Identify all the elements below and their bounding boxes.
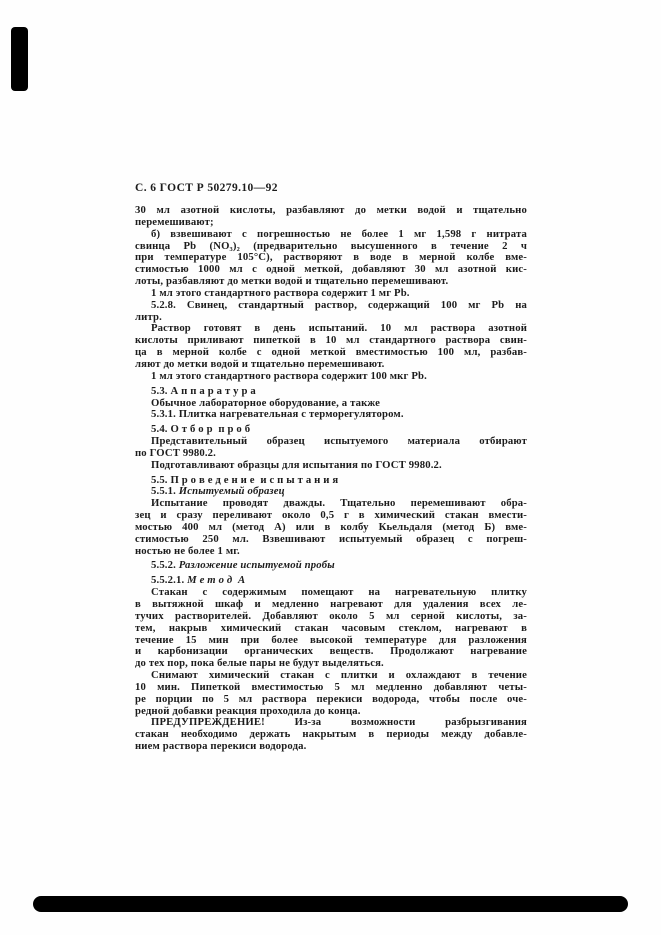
text-line: 5.3.1. Плитка нагревательная с терморегу… <box>135 409 527 421</box>
text-line: Раствор готовят в день испытаний. 10 мл … <box>135 323 527 335</box>
page-header: С. 6 ГОСТ Р 50279.10—92 <box>135 182 278 195</box>
text-line: 1 мл этого стандартного раствора содержи… <box>135 371 527 383</box>
text-line: и карбонизации органических веществ. Про… <box>135 646 527 658</box>
text-line: зец и сразу переливают около 0,5 г в хим… <box>135 510 527 522</box>
text-line: ца в мерной колбе с одной меткой вместим… <box>135 347 527 359</box>
text-line: 5.5.2. Разложение испытуемой пробы <box>135 560 527 572</box>
text-line: при температуре 105°С), растворяют в вод… <box>135 252 527 264</box>
text-line: 10 мин. Пипеткой вместимостью 5 мл медле… <box>135 682 527 694</box>
text-line: Испытание проводят дважды. Тщательно пер… <box>135 498 527 510</box>
section-title-italic: Разложение испытуемой пробы <box>179 560 335 571</box>
document-page: С. 6 ГОСТ Р 50279.10—92 30 мл азотной ки… <box>0 0 661 935</box>
scan-mark-bottom <box>33 896 628 912</box>
text-line: кислоты приливают пипеткой в 10 мл станд… <box>135 335 527 347</box>
text-line: Подготавливают образцы для испытания по … <box>135 460 527 472</box>
text-line: мостью 400 мл (метод А) или в колбу Кьел… <box>135 522 527 534</box>
text-line: 30 мл азотной кислоты, разбавляют до мет… <box>135 205 527 217</box>
text-line: лоты, разбавляют до метки водой и тщател… <box>135 276 527 288</box>
text-column: 30 мл азотной кислоты, разбавляют до мет… <box>135 205 527 753</box>
section-title-italic: М е т о д А <box>187 575 245 586</box>
section-number: 5.5.2. <box>151 560 179 571</box>
text-line: течение 15 мин при более высокой темпера… <box>135 635 527 647</box>
text-line: стимостью 1000 мл с одной меткой, добавл… <box>135 264 527 276</box>
text-line: ностью не более 1 мг. <box>135 546 527 558</box>
text-line: 5.5.2.1. М е т о д А <box>135 575 527 587</box>
text-line: свинца Pb (NO₃)₂ (предварительно высушен… <box>135 241 527 253</box>
text-line: 1 мл этого стандартного раствора содержи… <box>135 288 527 300</box>
section-number: 5.5.1. <box>151 486 179 497</box>
text-line: 5.5. П р о в е д е н и е и с п ы т а н и… <box>135 475 527 487</box>
text-line: до тех пор, пока белые пары не будут выд… <box>135 658 527 670</box>
text-line: литр. <box>135 312 527 324</box>
text-line: редной добавки реакция проходила до конц… <box>135 706 527 718</box>
section-title-italic: Испытуемый образец <box>179 486 285 497</box>
section-number: 5.5.2.1. <box>151 575 187 586</box>
text-line: б) взвешивают с погрешностью не более 1 … <box>135 229 527 241</box>
scan-mark-top-left <box>11 27 28 91</box>
text-line: тем, накрыв химический стакан часовым ст… <box>135 623 527 635</box>
text-line: стакан необходимо держать накрытым в пер… <box>135 729 527 741</box>
text-line: по ГОСТ 9980.2. <box>135 448 527 460</box>
text-line: ПРЕДУПРЕЖДЕНИЕ! Из-за возможности разбры… <box>135 717 527 729</box>
text-line: перемешивают; <box>135 217 527 229</box>
text-line: нием раствора перекиси водорода. <box>135 741 527 753</box>
text-line: стимостью 250 мл. Взвешивают испытуемый … <box>135 534 527 546</box>
text-line: в вытяжной шкаф и медленно нагревают для… <box>135 599 527 611</box>
text-line: Обычное лабораторное оборудование, а так… <box>135 398 527 410</box>
text-line: Представительный образец испытуемого мат… <box>135 436 527 448</box>
text-line: Стакан с содержимым помещают на нагреват… <box>135 587 527 599</box>
text-line: ляют до метки водой и тщательно перемеши… <box>135 359 527 371</box>
text-line: Снимают химический стакан с плитки и охл… <box>135 670 527 682</box>
text-line: 5.3. А п п а р а т у р а <box>135 386 527 398</box>
text-line: ре порции по 5 мл раствора перекиси водо… <box>135 694 527 706</box>
text-line: тучих растворителей. Добавляют около 5 м… <box>135 611 527 623</box>
text-line: 5.4. О т б о р п р о б <box>135 424 527 436</box>
text-line: 5.2.8. Свинец, стандартный раствор, соде… <box>135 300 527 312</box>
text-line: 5.5.1. Испытуемый образец <box>135 486 527 498</box>
